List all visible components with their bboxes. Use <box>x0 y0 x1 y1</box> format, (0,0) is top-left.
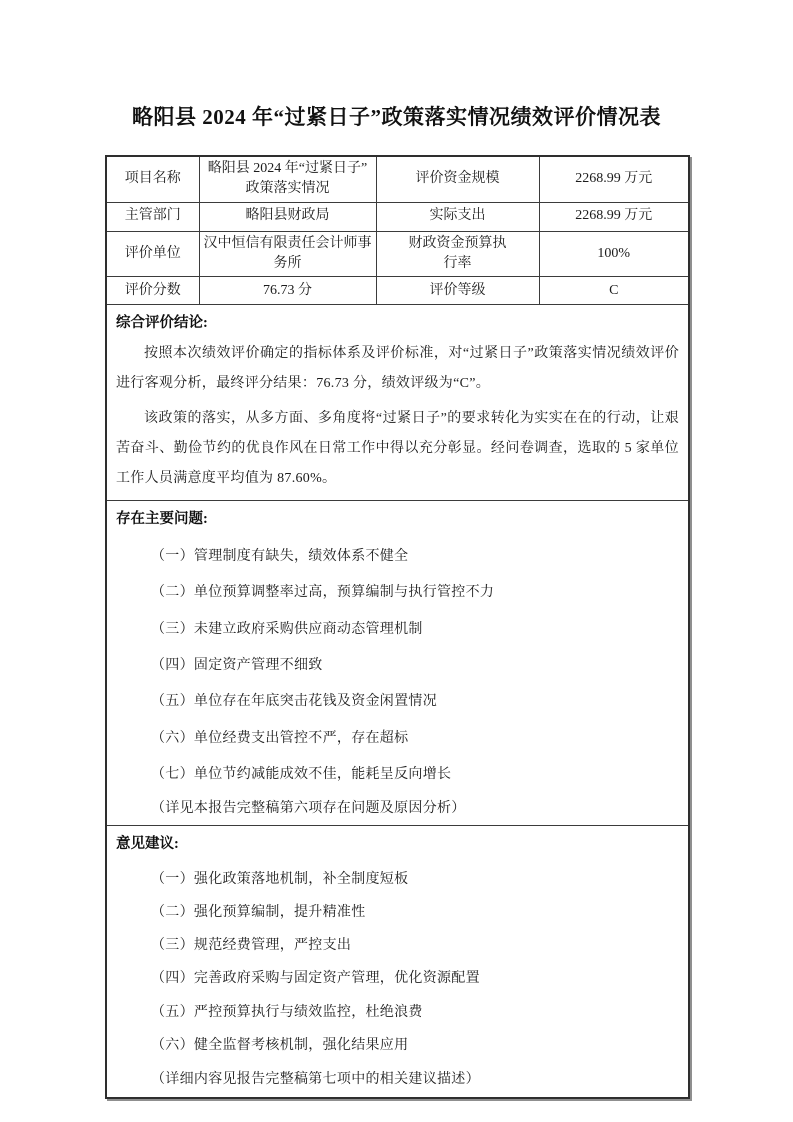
problem-item: （六）单位经费支出管控不严，存在超标 <box>116 729 679 749</box>
problem-item: （三）未建立政府采购供应商动态管理机制 <box>116 620 679 640</box>
suggestions-section: 意见建议: （一）强化政策落地机制，补全制度短板 （二）强化预算编制，提升精准性… <box>106 826 689 1098</box>
suggestion-item: （二）强化预算编制，提升精准性 <box>116 903 679 923</box>
problem-item: （五）单位存在年底突击花钱及资金闲置情况 <box>116 692 679 712</box>
score-label: 评价分数 <box>106 277 199 305</box>
table-row-department: 主管部门 略阳县财政局 实际支出 2268.99 万元 <box>106 202 689 231</box>
suggestion-item: （四）完善政府采购与固定资产管理，优化资源配置 <box>116 969 679 989</box>
suggestions-heading: 意见建议: <box>116 833 679 856</box>
table-row-evaluator: 评价单位 汉中恒信有限责任会计师事 务所 财政资金预算执 行率 100% <box>106 231 689 277</box>
execution-rate-label: 财政资金预算执 行率 <box>376 231 539 277</box>
grade-value: C <box>539 277 689 305</box>
project-name-value: 略阳县 2024 年“过紧日子” 政策落实情况 <box>199 156 376 202</box>
evaluator-value: 汉中恒信有限责任会计师事 务所 <box>199 231 376 277</box>
problem-item: （七）单位节约减能成效不佳，能耗呈反向增长 <box>116 765 679 785</box>
document-page: 略阳县 2024 年“过紧日子”政策落实情况绩效评价情况表 项目名称 略阳县 2… <box>0 0 793 1122</box>
actual-expense-label: 实际支出 <box>376 202 539 231</box>
problem-item: （二）单位预算调整率过高，预算编制与执行管控不力 <box>116 583 679 603</box>
page-title: 略阳县 2024 年“过紧日子”政策落实情况绩效评价情况表 <box>0 101 793 131</box>
problems-section: 存在主要问题: （一）管理制度有缺失，绩效体系不健全 （二）单位预算调整率过高，… <box>106 500 689 826</box>
problems-note: （详见本报告完整稿第六项存在问题及原因分析） <box>116 799 679 819</box>
suggestion-item: （六）健全监督考核机制，强化结果应用 <box>116 1036 679 1056</box>
department-label: 主管部门 <box>106 202 199 231</box>
score-value: 76.73 分 <box>199 277 376 305</box>
actual-expense-value: 2268.99 万元 <box>539 202 689 231</box>
suggestion-item: （五）严控预算执行与绩效监控，杜绝浪费 <box>116 1003 679 1023</box>
fund-scale-label: 评价资金规模 <box>376 156 539 202</box>
project-name-label: 项目名称 <box>106 156 199 202</box>
table-row-conclusion: 综合评价结论: 按照本次绩效评价确定的指标体系及评价标准，对“过紧日子”政策落实… <box>106 305 689 501</box>
table-row-problems: 存在主要问题: （一）管理制度有缺失，绩效体系不健全 （二）单位预算调整率过高，… <box>106 500 689 826</box>
evaluator-label: 评价单位 <box>106 231 199 277</box>
suggestion-item: （三）规范经费管理，严控支出 <box>116 936 679 956</box>
conclusion-paragraph: 该政策的落实，从多方面、多角度将“过紧日子”的要求转化为实实在在的行动，让艰苦奋… <box>116 404 679 494</box>
conclusion-section: 综合评价结论: 按照本次绩效评价确定的指标体系及评价标准，对“过紧日子”政策落实… <box>106 305 689 501</box>
department-value: 略阳县财政局 <box>199 202 376 231</box>
grade-label: 评价等级 <box>376 277 539 305</box>
table-row-project: 项目名称 略阳县 2024 年“过紧日子” 政策落实情况 评价资金规模 2268… <box>106 156 689 202</box>
suggestion-item: （一）强化政策落地机制，补全制度短板 <box>116 870 679 890</box>
problem-item: （四）固定资产管理不细致 <box>116 656 679 676</box>
fund-scale-value: 2268.99 万元 <box>539 156 689 202</box>
problems-heading: 存在主要问题: <box>116 508 679 531</box>
execution-rate-value: 100% <box>539 231 689 277</box>
table-row-score: 评价分数 76.73 分 评价等级 C <box>106 277 689 305</box>
evaluation-table: 项目名称 略阳县 2024 年“过紧日子” 政策落实情况 评价资金规模 2268… <box>105 155 690 1099</box>
conclusion-paragraph: 按照本次绩效评价确定的指标体系及评价标准，对“过紧日子”政策落实情况绩效评价进行… <box>116 339 679 399</box>
table-row-suggestions: 意见建议: （一）强化政策落地机制，补全制度短板 （二）强化预算编制，提升精准性… <box>106 826 689 1098</box>
suggestions-note: （详细内容见报告完整稿第七项中的相关建议描述） <box>116 1070 679 1090</box>
conclusion-heading: 综合评价结论: <box>116 312 679 335</box>
problem-item: （一）管理制度有缺失，绩效体系不健全 <box>116 547 679 567</box>
